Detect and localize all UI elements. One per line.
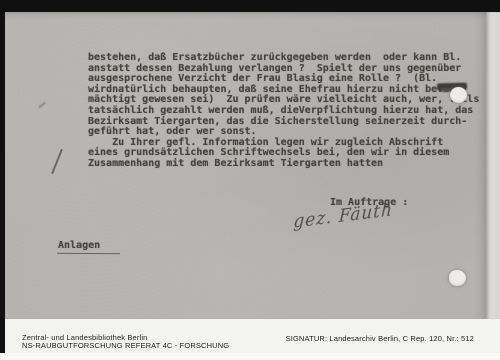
punch-hole-bottom [449, 270, 466, 286]
typewriter-text-block: bestehen, daß Ersatzbücher zurückgegeben… [88, 53, 479, 170]
archive-footer-left: Zentral- und Landesbibliothek Berlin NS-… [22, 334, 229, 351]
typewriter-line: tatsächlich gezahlt werden muß, dieVerpf… [88, 106, 479, 117]
punch-hole-top [450, 87, 467, 103]
archive-signatur: SIGNATUR: Landesarchiv Berlin, C Rep. 12… [286, 334, 474, 343]
page-edge-strip [486, 12, 500, 320]
archive-department: NS-RAUBGUTFORSCHUNG REFERAT 4C - FORSCHU… [22, 342, 229, 350]
anlagen-label: Anlagen [58, 240, 100, 251]
scanned-archive-document: bestehen, daß Ersatzbücher zurückgegeben… [0, 0, 500, 360]
typewriter-line: Zusammenhang mit dem Bezirksamt Tiergart… [88, 159, 479, 170]
archive-footer-band: Zentral- und Landesbibliothek Berlin NS-… [5, 319, 500, 353]
bottom-margin [0, 353, 500, 360]
typewriter-line: bestehen, daß Ersatzbücher zurückgegeben… [88, 53, 479, 64]
